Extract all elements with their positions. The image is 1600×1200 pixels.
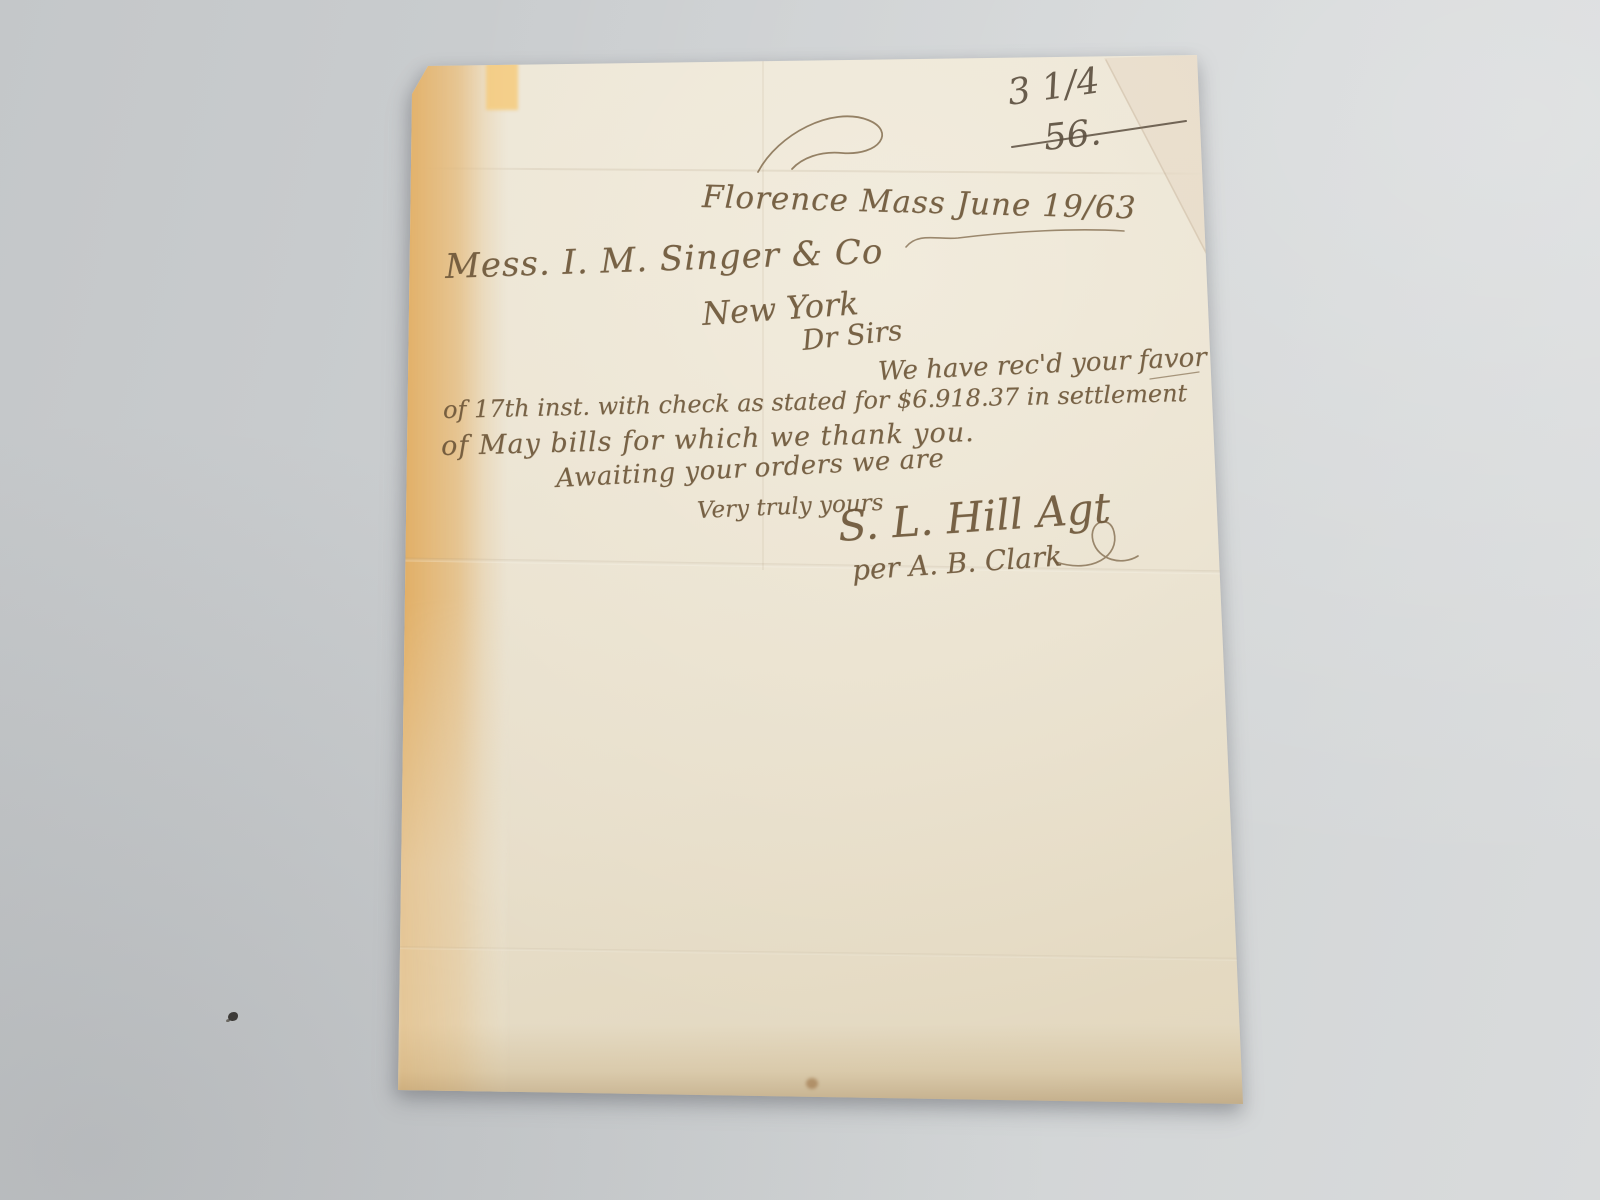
pencil-notation-top: 3 1/4 [1005,63,1101,111]
paper-bottom-edge-shading [396,1024,1246,1110]
dateline-swash-flourish [758,116,882,172]
letter-dateline: Florence Mass June 19/63 [702,182,1137,224]
fold-crease-middle [402,557,1240,574]
letter-recipient: Mess. I. M. Singer & Co [444,235,883,284]
fold-crease-lower [400,946,1242,961]
paper-fold-discoloration-top-right [0,0,1600,1200]
dateline-underline-flourish [906,230,1124,247]
letter-salutation: Dr Sirs [801,317,904,355]
ink-flourishes-svg [0,0,1600,1200]
letter-body-line: of 17th inst. with check as stated for $… [443,381,1188,422]
photo-background: 3 1/4 56. Florence Mass June 19/63 Mess.… [0,0,1600,1200]
letter-paper: 3 1/4 56. Florence Mass June 19/63 Mess.… [0,0,1600,1200]
paper-stain-top-left-corner [486,58,518,110]
paper-stain-spot [806,1078,818,1089]
letter-countersignature: per A. B. Clark [851,542,1063,585]
paper-stain-left-edge [398,50,506,1100]
fold-crease-upper [420,167,1210,175]
letter-paper-shadow-wrap: 3 1/4 56. Florence Mass June 19/63 Mess.… [0,0,1600,1200]
pencil-notation-bottom: 56. [1042,115,1103,157]
